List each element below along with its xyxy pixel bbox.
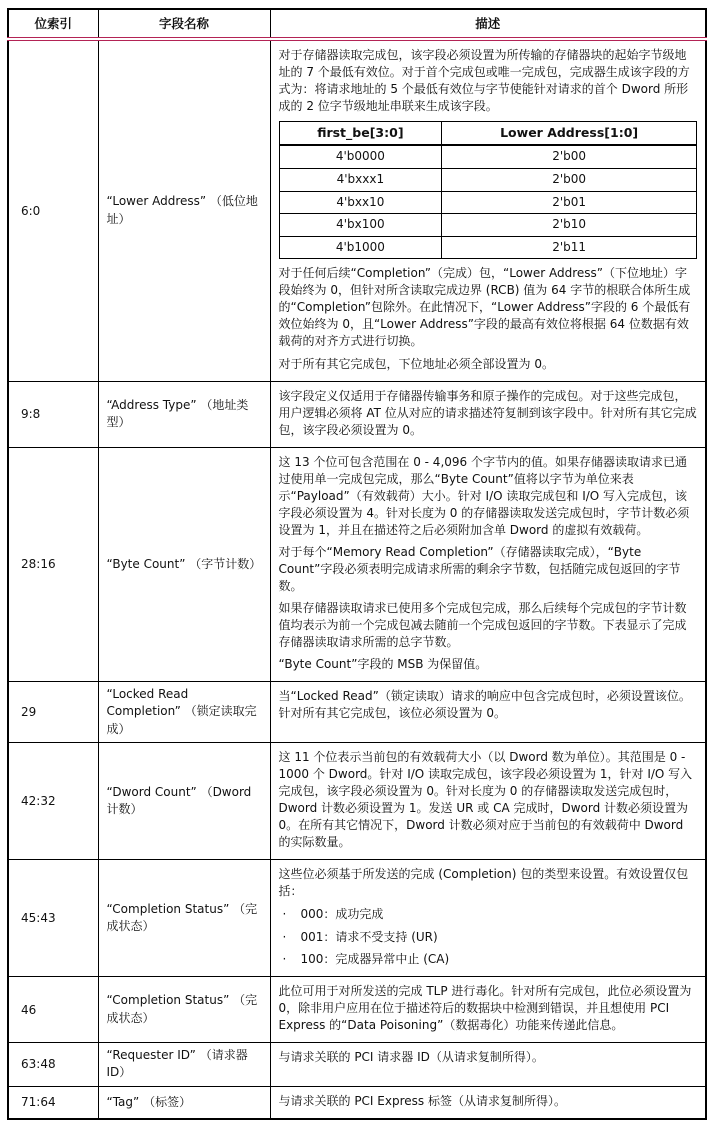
table-header: 位索引 字段名称 描述: [8, 9, 706, 39]
field-table-body: 6:0“Lower Address” （低位地址）对于存储器读取完成包，该字段必…: [8, 39, 706, 1119]
subtable-cell: 4'b1000: [279, 236, 442, 259]
description-paragraph: 如果存储器读取请求已使用多个完成包完成，那么后续每个完成包的字节计数值均表示为前…: [279, 600, 698, 651]
subtable-header-cell: Lower Address[1:0]: [442, 122, 697, 146]
description-cell: 与请求关联的 PCI Express 标签（从请求复制所得）。: [270, 1086, 706, 1119]
subtable-cell: 2'b00: [442, 168, 697, 191]
description-paragraph: “Byte Count”字段的 MSB 为保留值。: [279, 656, 698, 673]
description-cell: 此位可用于对所发送的完成 TLP 进行毒化。针对所有完成包，此位必须设置为 0，…: [270, 976, 706, 1042]
subtable-row: 4'bx1002'b10: [279, 214, 697, 237]
bit-index-cell: 45:43: [8, 860, 98, 977]
field-name-cell: “Completion Status” （完成状态）: [98, 860, 270, 977]
description-paragraph: 此位可用于对所发送的完成 TLP 进行毒化。针对所有完成包，此位必须设置为 0，…: [279, 983, 698, 1034]
status-list-item: ·000：成功完成: [283, 906, 698, 922]
subtable-cell: 2'b00: [442, 145, 697, 168]
subtable-cell: 4'b0000: [279, 145, 442, 168]
subtable-row: 4'bxxx12'b00: [279, 168, 697, 191]
subtable-body: 4'b00002'b004'bxxx12'b004'bxx102'b014'bx…: [279, 145, 697, 258]
subtable-header-cell: first_be[3:0]: [279, 122, 442, 146]
header-bit-index: 位索引: [8, 9, 98, 39]
description-cell: 对于存储器读取完成包，该字段必须设置为所传输的存储器块的起始字节级地址的 7 个…: [270, 39, 706, 381]
bit-index-cell: 71:64: [8, 1086, 98, 1119]
field-name-cell: “Dword Count” （Dword 计数）: [98, 743, 270, 860]
subtable-cell: 2'b11: [442, 236, 697, 259]
field-name-cell: “Lower Address” （低位地址）: [98, 39, 270, 381]
header-row: 位索引 字段名称 描述: [8, 9, 706, 39]
bit-index-cell: 9:8: [8, 381, 98, 447]
subtable-cell: 4'bx100: [279, 214, 442, 237]
bit-index-cell: 63:48: [8, 1043, 98, 1087]
table-row: 71:64“Tag” （标签）与请求关联的 PCI Express 标签（从请求…: [8, 1086, 706, 1119]
description-cell: 该字段定义仅适用于存储器传输事务和原子操作的完成包。对于这些完成包，用户逻辑必须…: [270, 381, 706, 447]
description-paragraph: 对于任何后续“Completion”（完成）包，“Lower Address”（…: [279, 265, 698, 350]
description-paragraph: 对于所有其它完成包，下位地址必须全部设置为 0。: [279, 356, 698, 373]
bit-index-cell: 46: [8, 976, 98, 1042]
subtable-header: first_be[3:0]Lower Address[1:0]: [279, 122, 697, 146]
bit-index-cell: 28:16: [8, 447, 98, 681]
description-paragraph: 与请求关联的 PCI 请求器 ID（从请求复制所得）。: [279, 1049, 698, 1066]
status-list-item: ·001：请求不受支持 (UR): [283, 929, 698, 945]
table-row: 29“Locked Read Completion” （锁定读取完成）当“Loc…: [8, 682, 706, 743]
description-paragraph: 这些位必须基于所发送的完成 (Completion) 包的类型来设置。有效设置仅…: [279, 866, 698, 900]
subtable-header-row: first_be[3:0]Lower Address[1:0]: [279, 122, 697, 146]
status-list-text: 000：成功完成: [301, 906, 384, 922]
field-description-table: 位索引 字段名称 描述 6:0“Lower Address” （低位地址）对于存…: [7, 8, 707, 1120]
description-cell: 这 11 个位表示当前包的有效载荷大小（以 Dword 数为单位）。其范围是 0…: [270, 743, 706, 860]
table-row: 42:32“Dword Count” （Dword 计数）这 11 个位表示当前…: [8, 743, 706, 860]
header-field-name: 字段名称: [98, 9, 270, 39]
description-paragraph: 对于每个“Memory Read Completion”（存储器读取完成），“B…: [279, 544, 698, 595]
description-cell: 这 13 个位可包含范围在 0 - 4,096 个字节内的值。如果存储器读取请求…: [270, 447, 706, 681]
description-paragraph: 与请求关联的 PCI Express 标签（从请求复制所得）。: [279, 1093, 698, 1110]
field-name-cell: “Tag” （标签）: [98, 1086, 270, 1119]
field-name-cell: “Requester ID” （请求器 ID）: [98, 1043, 270, 1087]
subtable-cell: 2'b10: [442, 214, 697, 237]
header-description: 描述: [270, 9, 706, 39]
description-paragraph: 对于存储器读取完成包，该字段必须设置为所传输的存储器块的起始字节级地址的 7 个…: [279, 47, 698, 115]
description-paragraph: 该字段定义仅适用于存储器传输事务和原子操作的完成包。对于这些完成包，用户逻辑必须…: [279, 388, 698, 439]
status-list: ·000：成功完成·001：请求不受支持 (UR)·100：完成器异常中止 (C…: [279, 906, 698, 967]
description-paragraph: 这 13 个位可包含范围在 0 - 4,096 个字节内的值。如果存储器读取请求…: [279, 454, 698, 539]
table-row: 6:0“Lower Address” （低位地址）对于存储器读取完成包，该字段必…: [8, 39, 706, 381]
bullet-icon: ·: [283, 951, 301, 967]
subtable-row: 4'b00002'b00: [279, 145, 697, 168]
description-paragraph: 这 11 个位表示当前包的有效载荷大小（以 Dword 数为单位）。其范围是 0…: [279, 749, 698, 851]
lower-address-subtable: first_be[3:0]Lower Address[1:0]4'b00002'…: [279, 121, 698, 259]
description-paragraph: 当“Locked Read”（锁定读取）请求的响应中包含完成包时，必须设置该位。…: [279, 688, 698, 722]
field-name-cell: “Completion Status” （完成状态）: [98, 976, 270, 1042]
status-list-item: ·100：完成器异常中止 (CA): [283, 951, 698, 967]
bit-index-cell: 6:0: [8, 39, 98, 381]
field-name-cell: “Address Type” （地址类型）: [98, 381, 270, 447]
status-list-text: 001：请求不受支持 (UR): [301, 929, 438, 945]
table-row: 46“Completion Status” （完成状态）此位可用于对所发送的完成…: [8, 976, 706, 1042]
bullet-icon: ·: [283, 906, 301, 922]
table-row: 9:8“Address Type” （地址类型）该字段定义仅适用于存储器传输事务…: [8, 381, 706, 447]
table-row: 45:43“Completion Status” （完成状态）这些位必须基于所发…: [8, 860, 706, 977]
description-cell: 与请求关联的 PCI 请求器 ID（从请求复制所得）。: [270, 1043, 706, 1087]
description-cell: 这些位必须基于所发送的完成 (Completion) 包的类型来设置。有效设置仅…: [270, 860, 706, 977]
bullet-icon: ·: [283, 929, 301, 945]
subtable-cell: 4'bxx10: [279, 191, 442, 214]
field-name-cell: “Locked Read Completion” （锁定读取完成）: [98, 682, 270, 743]
status-list-text: 100：完成器异常中止 (CA): [301, 951, 450, 967]
field-name-cell: “Byte Count” （字节计数）: [98, 447, 270, 681]
subtable-row: 4'b10002'b11: [279, 236, 697, 259]
description-cell: 当“Locked Read”（锁定读取）请求的响应中包含完成包时，必须设置该位。…: [270, 682, 706, 743]
bit-index-cell: 42:32: [8, 743, 98, 860]
table-row: 28:16“Byte Count” （字节计数）这 13 个位可包含范围在 0 …: [8, 447, 706, 681]
document-page: 位索引 字段名称 描述 6:0“Lower Address” （低位地址）对于存…: [0, 0, 712, 1128]
subtable-cell: 4'bxxx1: [279, 168, 442, 191]
subtable-row: 4'bxx102'b01: [279, 191, 697, 214]
bit-index-cell: 29: [8, 682, 98, 743]
table-row: 63:48“Requester ID” （请求器 ID）与请求关联的 PCI 请…: [8, 1043, 706, 1087]
subtable-cell: 2'b01: [442, 191, 697, 214]
